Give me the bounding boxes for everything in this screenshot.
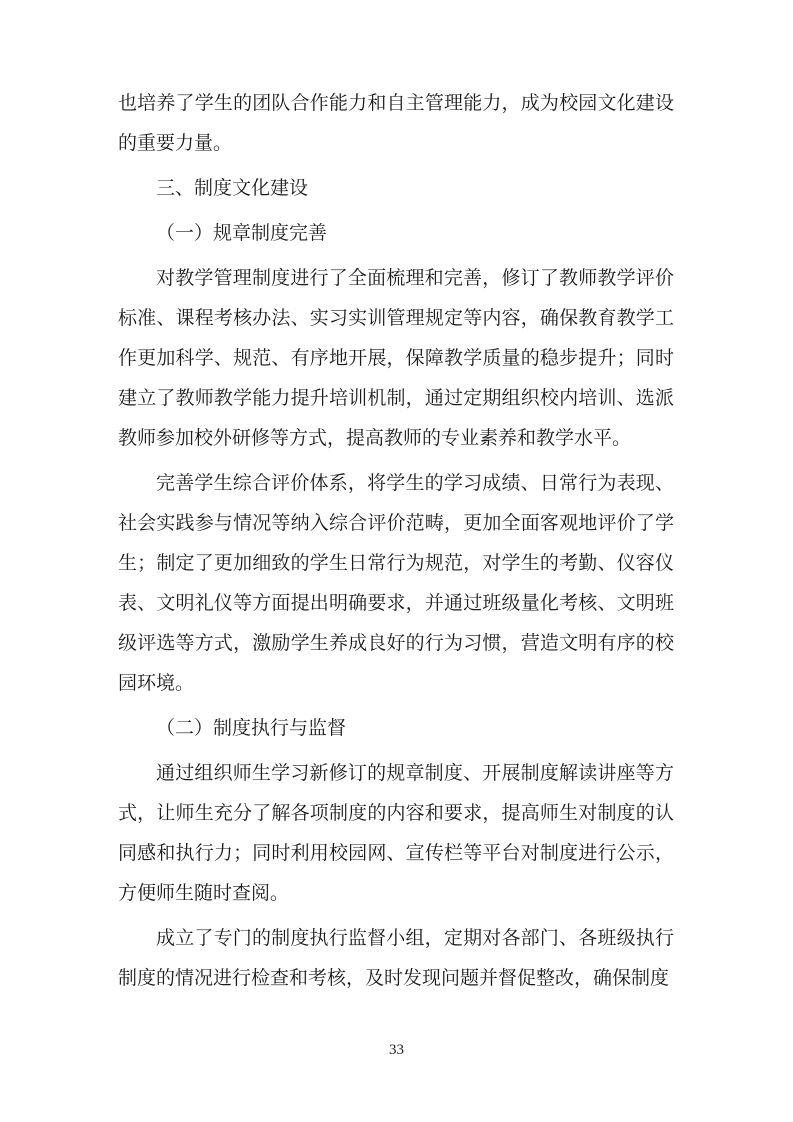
paragraph-supervision-team: 成立了专门的制度执行监督小组，定期对各部门、各班级执行制度的情况进行检查和考核，… [118,919,674,999]
paragraph-rules-publicity: 通过组织师生学习新修订的规章制度、开展制度解读讲座等方式，让师生充分了解各项制度… [118,754,674,914]
document-page: 也培养了学生的团队合作能力和自主管理能力，成为校园文化建设的重要力量。 三、制度… [0,0,793,1122]
heading-institutional-culture-section: 三、制度文化建设 [118,169,674,209]
document-body: 也培养了学生的团队合作能力和自主管理能力，成为校园文化建设的重要力量。 三、制度… [118,84,674,1004]
heading-rules-improvement-subsection: （一）规章制度完善 [118,214,674,254]
paragraph-teaching-management-system: 对教学管理制度进行了全面梳理和完善，修订了教师教学评价标准、课程考核办法、实习实… [118,259,674,459]
paragraph-continued-from-previous-page: 也培养了学生的团队合作能力和自主管理能力，成为校园文化建设的重要力量。 [118,84,674,164]
page-number: 33 [0,1040,793,1060]
paragraph-student-evaluation-system: 完善学生综合评价体系，将学生的学习成绩、日常行为表现、社会实践参与情况等纳入综合… [118,464,674,704]
heading-enforcement-supervision-subsection: （二）制度执行与监督 [118,709,674,749]
